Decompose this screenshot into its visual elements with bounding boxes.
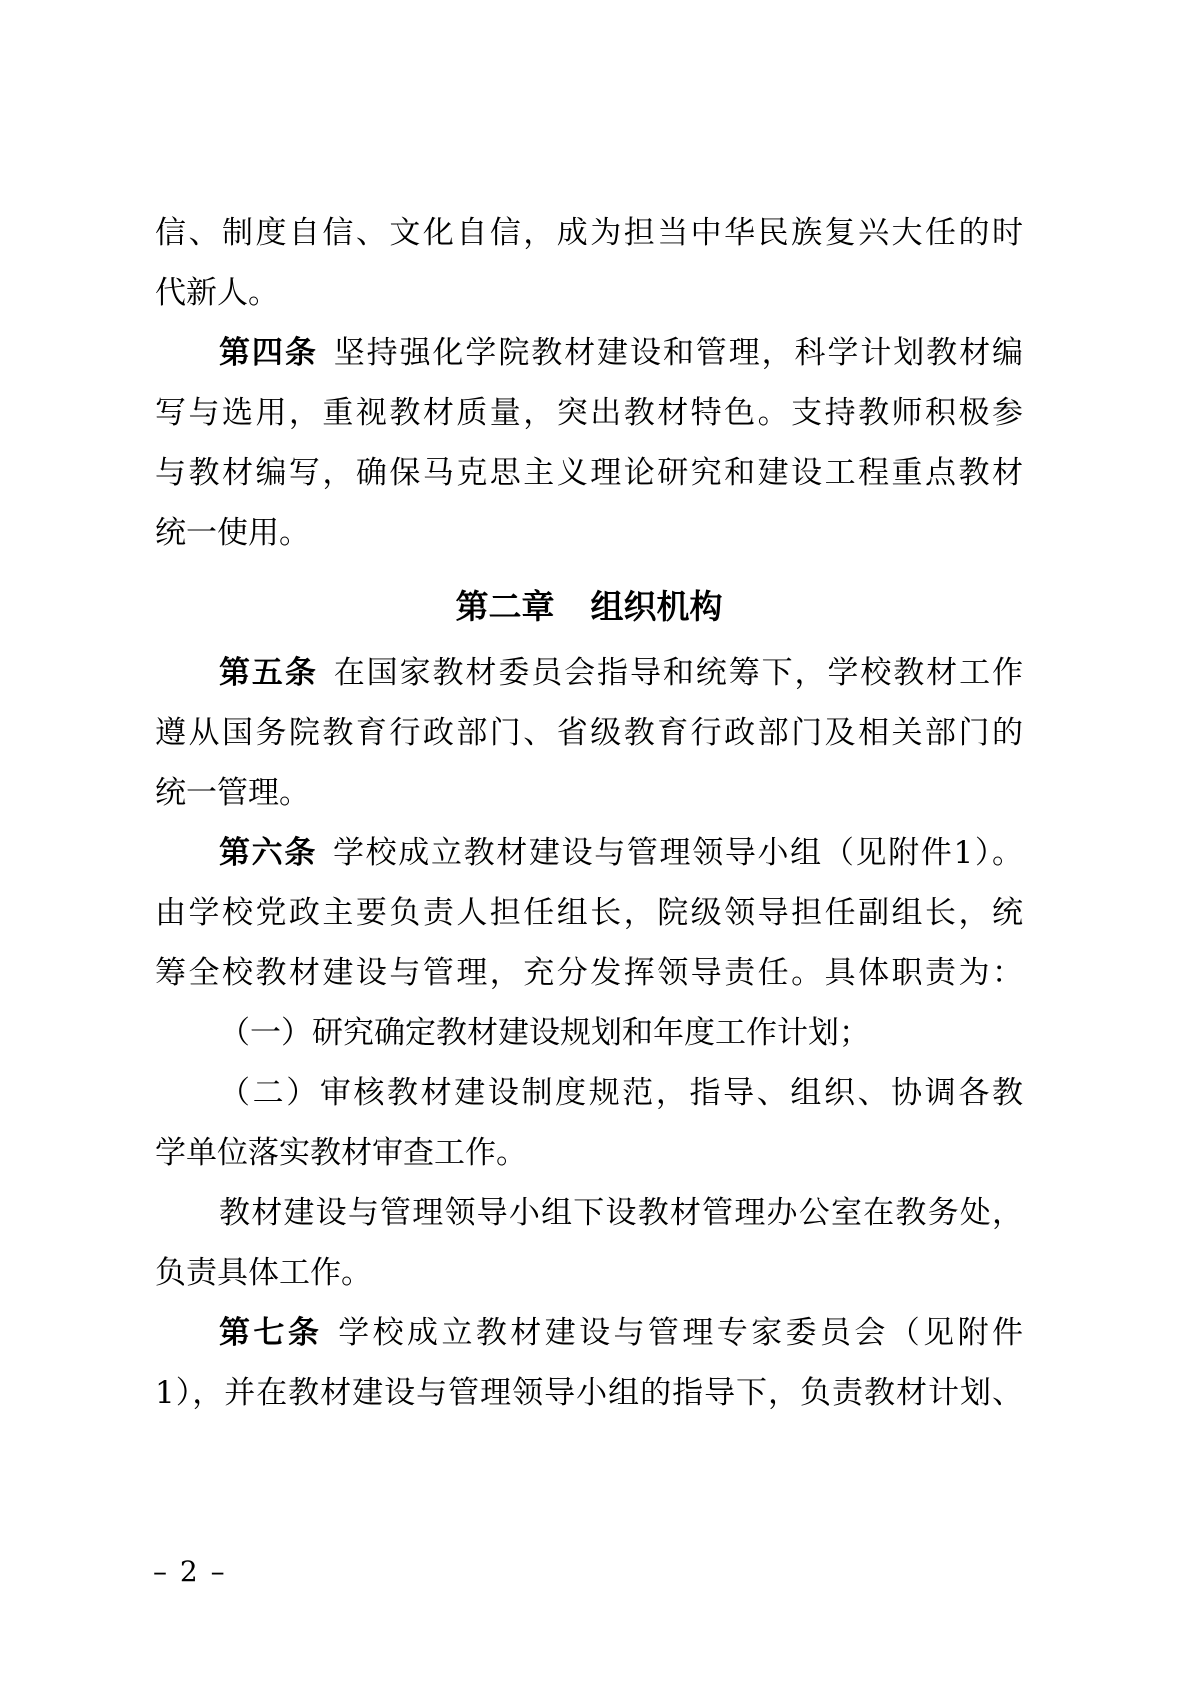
- document-page: 信、制度自信、文化自信，成为担当中华民族复兴大任的时 代新人。 第四条坚持强化学…: [0, 0, 1190, 1683]
- text-line: 在国家教材委员会指导和统筹下，学校教材工作: [334, 655, 1023, 691]
- text-line: 写与选用，重视教材质量，突出教材特色。支持教师积极参: [155, 383, 1023, 443]
- text-line: 负责具体工作。: [155, 1243, 1023, 1303]
- page-number: – 2 –: [153, 1552, 227, 1592]
- list-item: （二）审核教材建设制度规范，指导、组织、协调各教: [155, 1063, 1023, 1123]
- text-line: 1），并在教材建设与管理领导小组的指导下，负责教材计划、: [155, 1363, 1023, 1423]
- text-line: 学校成立教材建设与管理领导小组（见附件1）。: [333, 835, 1023, 871]
- document-body: 信、制度自信、文化自信，成为担当中华民族复兴大任的时 代新人。 第四条坚持强化学…: [155, 203, 1023, 1423]
- text-line: 由学校党政主要负责人担任组长，院级领导担任副组长，统: [155, 883, 1023, 943]
- text-line: 与教材编写，确保马克思主义理论研究和建设工程重点教材: [155, 443, 1023, 503]
- article-5-paragraph: 第五条在国家教材委员会指导和统筹下，学校教材工作: [155, 643, 1023, 703]
- text-line: 统一使用。: [155, 503, 1023, 563]
- article-label: 第四条: [219, 335, 318, 371]
- article-6-paragraph: 第六条学校成立教材建设与管理领导小组（见附件1）。: [155, 823, 1023, 883]
- article-label: 第六条: [219, 835, 317, 871]
- text-line: 学单位落实教材审查工作。: [155, 1123, 1023, 1183]
- article-label: 第五条: [219, 655, 318, 691]
- chapter-title: 组织机构: [591, 587, 723, 626]
- article-4-paragraph: 第四条坚持强化学院教材建设和管理，科学计划教材编: [155, 323, 1023, 383]
- chapter-heading: 第二章组织机构: [155, 575, 1023, 639]
- text-line: 坚持强化学院教材建设和管理，科学计划教材编: [334, 335, 1023, 371]
- chapter-number: 第二章: [456, 587, 555, 626]
- article-7-paragraph: 第七条学校成立教材建设与管理专家委员会（见附件: [155, 1303, 1023, 1363]
- text-line: 筹全校教材建设与管理，充分发挥领导责任。具体职责为：: [155, 943, 1023, 1003]
- article-label: 第七条: [219, 1315, 322, 1351]
- text-line: 代新人。: [155, 263, 1023, 323]
- list-item: （一）研究确定教材建设规划和年度工作计划；: [155, 1003, 1023, 1063]
- text-line: 遵从国务院教育行政部门、省级教育行政部门及相关部门的: [155, 703, 1023, 763]
- text-line: 统一管理。: [155, 763, 1023, 823]
- text-line: 学校成立教材建设与管理专家委员会（见附件: [338, 1315, 1023, 1351]
- text-line: 信、制度自信、文化自信，成为担当中华民族复兴大任的时: [155, 203, 1023, 263]
- text-line: 教材建设与管理领导小组下设教材管理办公室在教务处，: [155, 1183, 1023, 1243]
